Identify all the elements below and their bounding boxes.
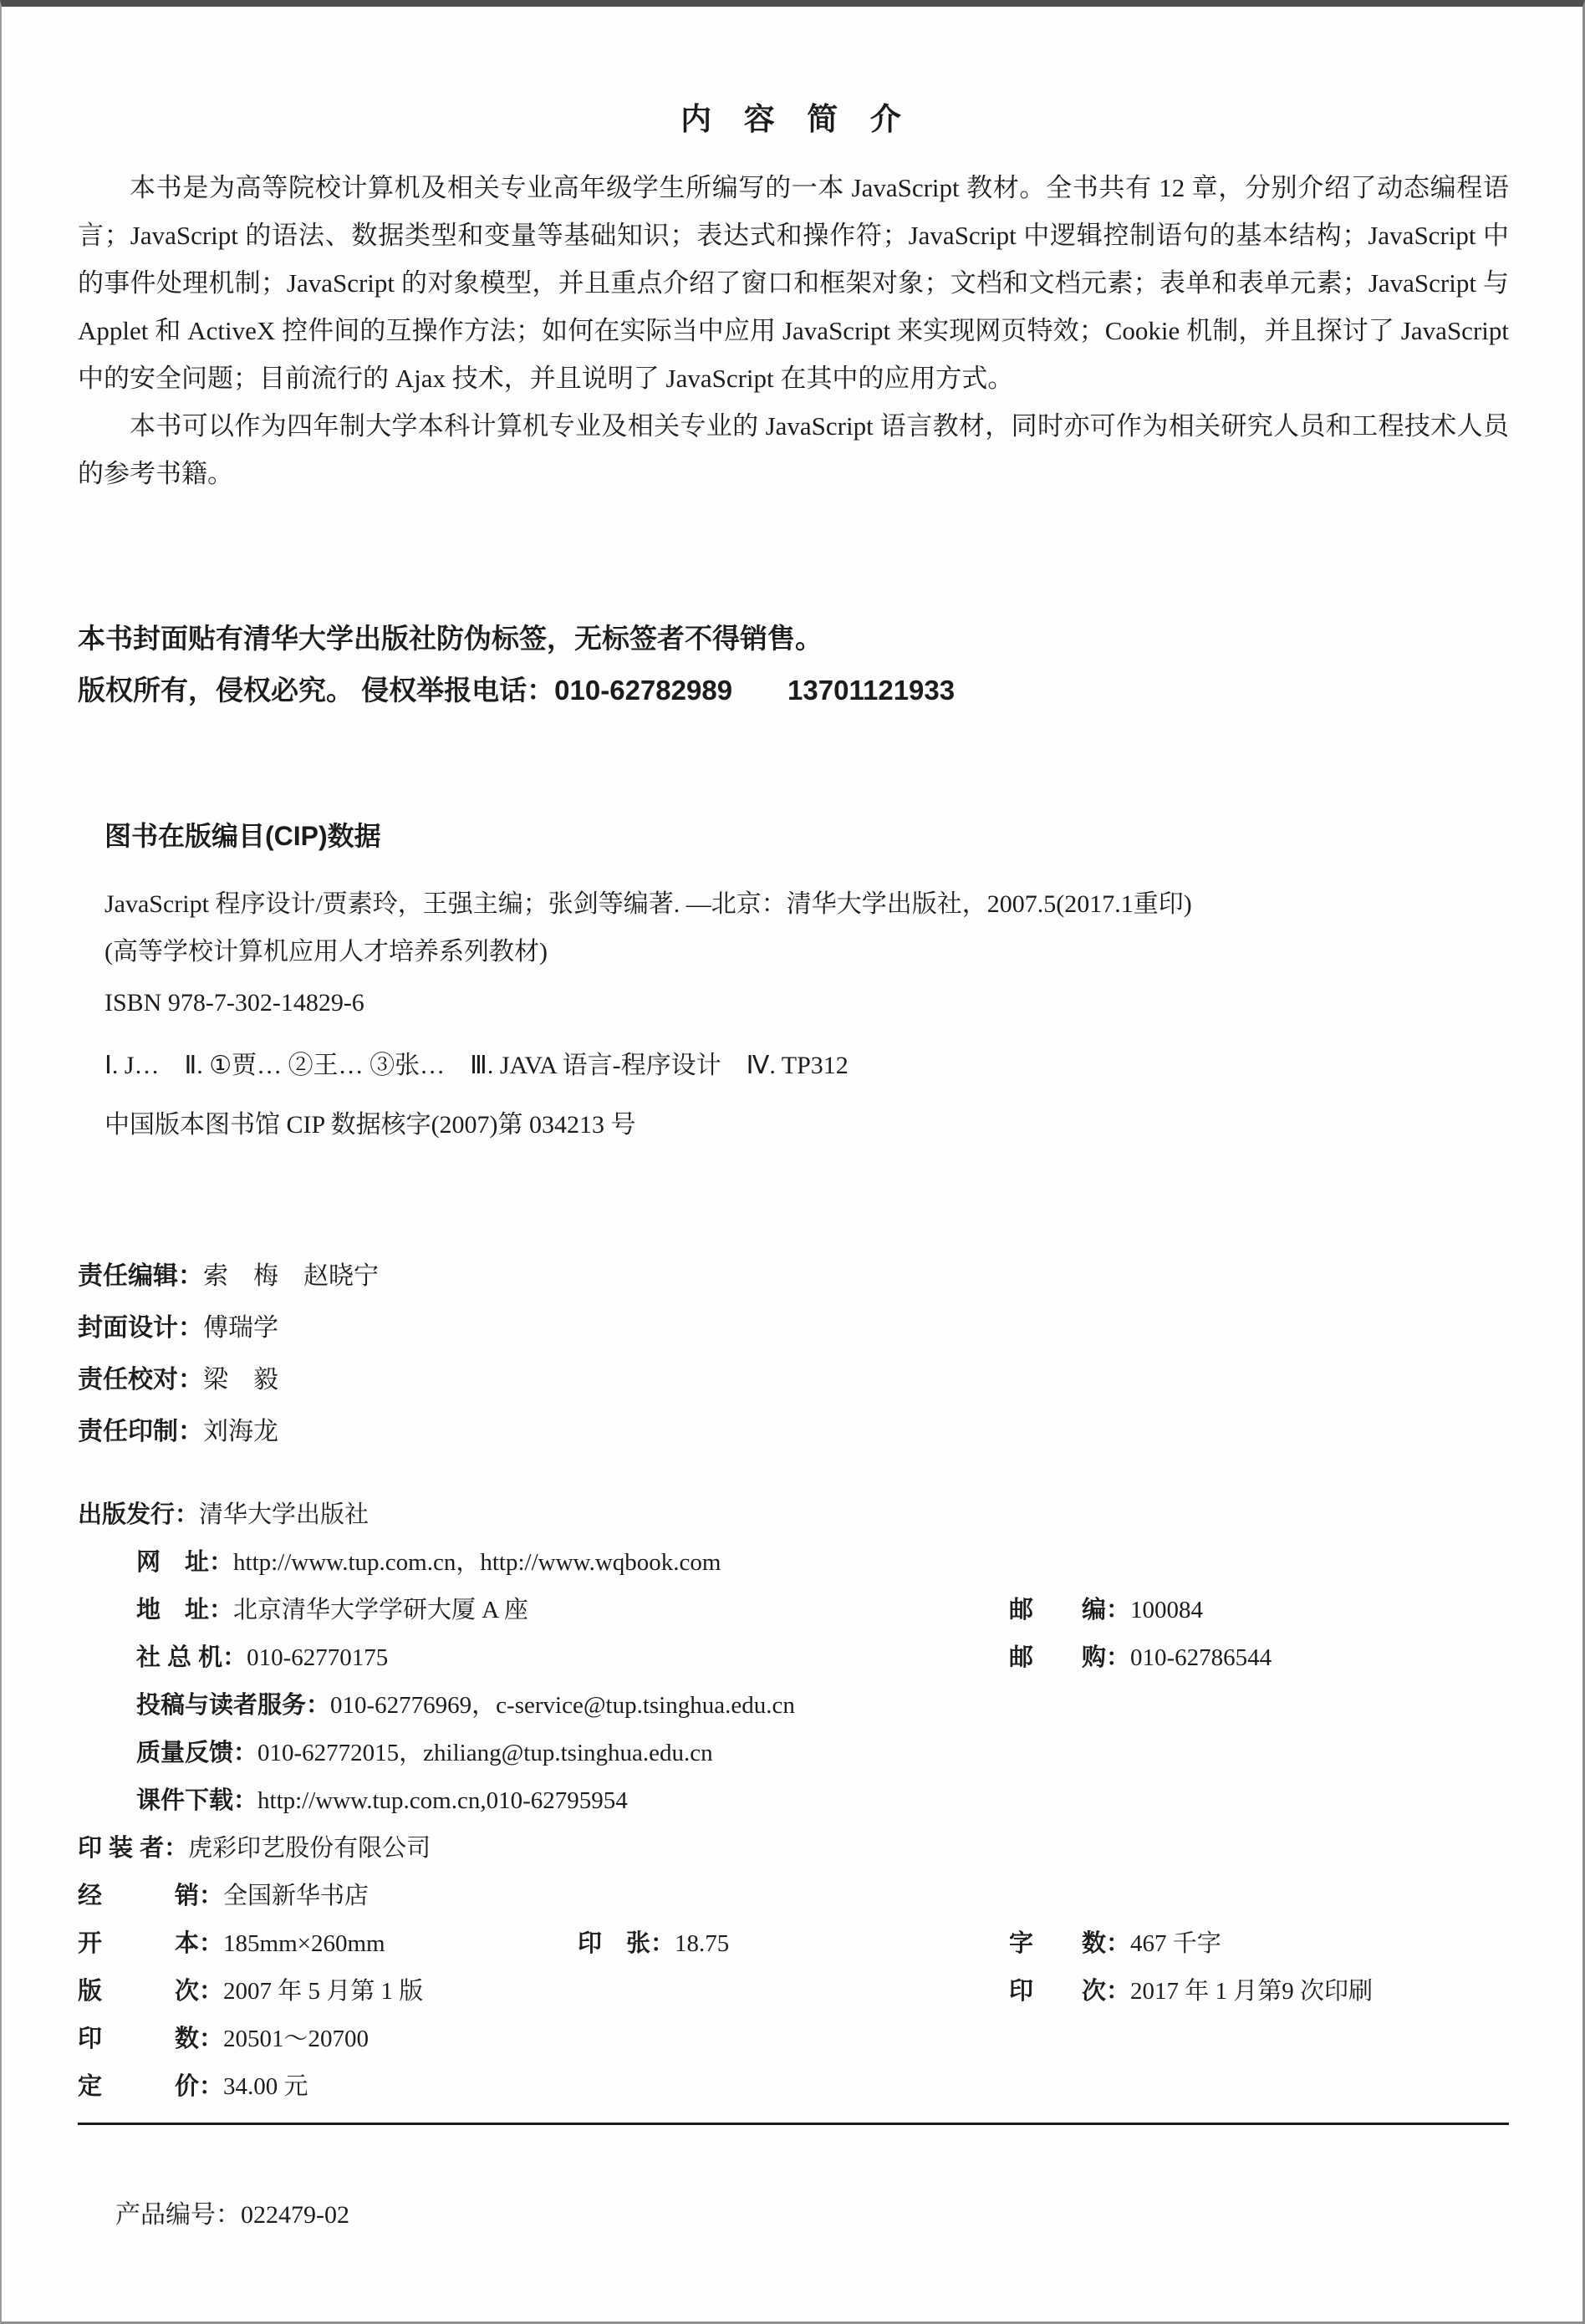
field-value: 185mm×260mm (223, 1930, 385, 1957)
staff-role-label: 责任编辑： (78, 1262, 203, 1290)
publishing-row: 社 总 机：010-62770175邮 购：010-62786544 (78, 1634, 1509, 1682)
field-group: 邮 购：010-62786544 (1009, 1634, 1272, 1682)
page-content: 内 容 简 介 本书是为高等院校计算机及相关专业高年级学生所编写的一本 Java… (0, 0, 1585, 2286)
cip-line: Ⅰ. J… Ⅱ. ①贾… ②王… ③张… Ⅲ. JAVA 语言-程序设计 Ⅳ. … (104, 1042, 1509, 1089)
intro-section: 本书是为高等院校计算机及相关专业高年级学生所编写的一本 JavaScript 教… (78, 164, 1509, 497)
publishing-row: 网 址：http://www.tup.com.cn，http://www.wqb… (78, 1539, 1509, 1587)
staff-row: 封面设计：傅瑞学 (78, 1302, 1509, 1354)
field-value: 010-62786544 (1130, 1644, 1272, 1671)
field-value: http://www.tup.com.cn,010-62795954 (257, 1787, 628, 1814)
cip-line: ISBN 978-7-302-14829-6 (104, 979, 1509, 1027)
cip-heading: 图书在版编目(CIP)数据 (104, 815, 1509, 854)
intro-paragraph: 本书可以作为四年制大学本科计算机专业及相关专业的 JavaScript 语言教材… (78, 402, 1509, 497)
field-label: 印 次： (1009, 1978, 1130, 2005)
field-label: 地 址： (136, 1597, 233, 1623)
product-number-value: 022479-02 (241, 2201, 349, 2229)
field-label: 经 销： (78, 1883, 223, 1909)
field-value: 北京清华大学学研大厦 A 座 (233, 1597, 528, 1623)
field-label: 质量反馈： (136, 1740, 257, 1766)
publishing-row: 开 本：185mm×260mm印 张：18.75字 数：467 千字 (78, 1920, 1509, 1968)
field-label: 投稿与读者服务： (136, 1692, 330, 1719)
cip-lines: JavaScript 程序设计/贾素玲，王强主编；张剑等编著. —北京：清华大学… (104, 880, 1509, 1149)
publishing-row: 质量反馈：010-62772015，zhiliang@tup.tsinghua.… (78, 1730, 1509, 1777)
cip-line: 中国版本图书馆 CIP 数据核字(2007)第 034213 号 (104, 1101, 1509, 1149)
publishing-row: 地 址：北京清华大学学研大厦 A 座邮 编：100084 (78, 1587, 1509, 1634)
staff-section: 责任编辑：索 梅 赵晓宁封面设计：傅瑞学责任校对：梁 毅责任印制：刘海龙 (78, 1251, 1509, 1458)
field-group: 字 数：467 千字 (1009, 1920, 1221, 1968)
publishing-row: 印 装 者：虎彩印艺股份有限公司 (78, 1825, 1509, 1873)
notice-line: 本书封面贴有清华大学出版社防伪标签，无标签者不得销售。 (78, 613, 1509, 665)
staff-row: 责任校对：梁 毅 (78, 1354, 1509, 1406)
field-value: 010-62776969，c-service@tup.tsinghua.edu.… (330, 1692, 795, 1719)
field-label: 印 张： (578, 1930, 675, 1957)
field-label: 邮 购： (1009, 1644, 1130, 1671)
field-group: 印 次：2017 年 1 月第9 次印刷 (1009, 1968, 1373, 2016)
staff-row: 责任印制：刘海龙 (78, 1406, 1509, 1458)
publishing-row: 经 销：全国新华书店 (78, 1873, 1509, 1920)
staff-role-label: 责任校对： (78, 1366, 203, 1394)
publishing-row: 出版发行：清华大学出版社 (78, 1491, 1509, 1539)
field-value: 虎彩印艺股份有限公司 (188, 1835, 431, 1862)
publishing-row: 版 次：2007 年 5 月第 1 版印 次：2017 年 1 月第9 次印刷 (78, 1968, 1509, 2016)
staff-role-label: 封面设计： (78, 1314, 203, 1342)
field-value: http://www.tup.com.cn，http://www.wqbook.… (233, 1549, 721, 1576)
field-value: 全国新华书店 (223, 1883, 369, 1909)
field-value: 100084 (1130, 1597, 1203, 1623)
cip-line: (高等学校计算机应用人才培养系列教材) (104, 928, 1509, 976)
staff-name-value: 索 梅 赵晓宁 (203, 1262, 379, 1290)
field-label: 印 数： (78, 2026, 223, 2052)
product-number-line: 产品编号：022479-02 (78, 2143, 1509, 2286)
field-value: 010-62772015，zhiliang@tup.tsinghua.edu.c… (257, 1740, 713, 1766)
copyright-page: 内 容 简 介 本书是为高等院校计算机及相关专业高年级学生所编写的一本 Java… (0, 0, 1585, 2324)
field-value: 010-62770175 (247, 1644, 388, 1671)
notice-line: 版权所有，侵权必究。 侵权举报电话：010-62782989 137011219… (78, 665, 1509, 716)
field-label: 定 价： (78, 2073, 223, 2100)
field-label: 出版发行： (78, 1501, 199, 1528)
field-value: 清华大学出版社 (199, 1501, 369, 1528)
field-label: 社 总 机： (136, 1644, 247, 1671)
product-number-label: 产品编号： (115, 2201, 241, 2229)
field-value: 18.75 (675, 1930, 729, 1957)
cip-line: JavaScript 程序设计/贾素玲，王强主编；张剑等编著. —北京：清华大学… (104, 880, 1509, 928)
anti-piracy-notice: 本书封面贴有清华大学出版社防伪标签，无标签者不得销售。 版权所有，侵权必究。 侵… (78, 613, 1509, 716)
field-value: 20501～20700 (223, 2026, 369, 2052)
publishing-section: 出版发行：清华大学出版社网 址：http://www.tup.com.cn，ht… (78, 1491, 1509, 2111)
field-label: 邮 编： (1009, 1597, 1130, 1623)
staff-name-value: 刘海龙 (203, 1418, 278, 1445)
field-value: 2017 年 1 月第9 次印刷 (1130, 1978, 1373, 2005)
field-label: 开 本： (78, 1930, 223, 1957)
field-label: 版 次： (78, 1978, 223, 2005)
page-title: 内 容 简 介 (78, 94, 1509, 139)
field-value: 34.00 元 (223, 2073, 308, 2100)
publishing-row: 投稿与读者服务：010-62776969，c-service@tup.tsing… (78, 1682, 1509, 1730)
publishing-row: 课件下载：http://www.tup.com.cn,010-62795954 (78, 1777, 1509, 1825)
field-label: 印 装 者： (78, 1835, 188, 1862)
field-value: 2007 年 5 月第 1 版 (223, 1978, 423, 2005)
staff-name-value: 傅瑞学 (203, 1314, 278, 1342)
field-label: 字 数： (1009, 1930, 1130, 1957)
staff-name-value: 梁 毅 (203, 1366, 278, 1394)
publishing-row: 定 价：34.00 元 (78, 2063, 1509, 2111)
footer-divider (78, 2123, 1509, 2125)
field-label: 课件下载： (136, 1787, 257, 1814)
cip-section: 图书在版编目(CIP)数据 JavaScript 程序设计/贾素玲，王强主编；张… (104, 815, 1509, 1149)
publishing-row: 印 数：20501～20700 (78, 2016, 1509, 2063)
field-group: 印 张：18.75 (578, 1920, 729, 1968)
staff-role-label: 责任印制： (78, 1418, 203, 1445)
field-value: 467 千字 (1130, 1930, 1221, 1957)
intro-paragraph: 本书是为高等院校计算机及相关专业高年级学生所编写的一本 JavaScript 教… (78, 164, 1509, 402)
staff-row: 责任编辑：索 梅 赵晓宁 (78, 1251, 1509, 1302)
field-group: 邮 编：100084 (1009, 1587, 1203, 1634)
field-label: 网 址： (136, 1549, 233, 1576)
